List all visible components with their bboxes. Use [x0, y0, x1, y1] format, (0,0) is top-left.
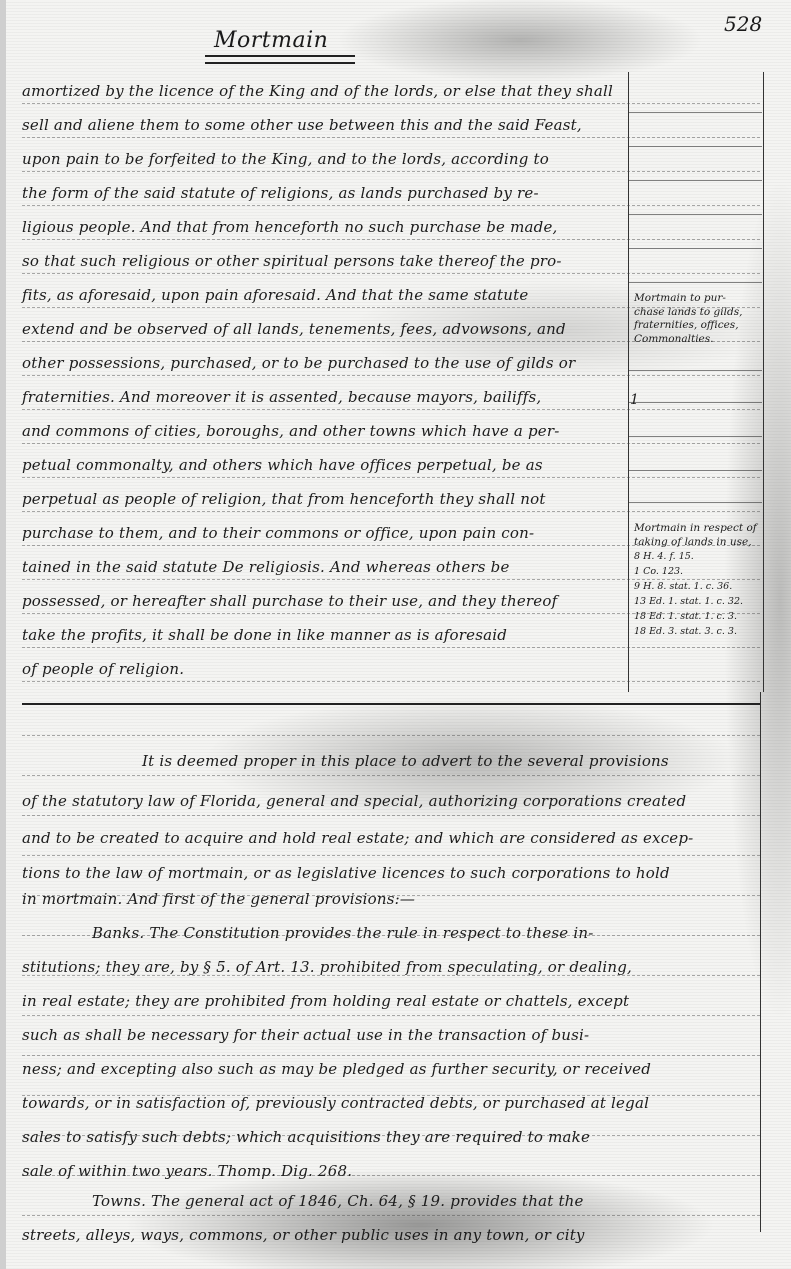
text-line: in real estate; they are prohibited from… [22, 992, 752, 1010]
text-line: so that such religious or other spiritua… [22, 252, 626, 270]
text-line: of people of religion. [22, 660, 626, 678]
ruled-line [22, 815, 760, 816]
scan-edge [0, 0, 6, 1269]
text-line: other possessions, purchased, or to be p… [22, 354, 626, 372]
manuscript-page: 528 Mortmain amortized by the licence of… [0, 0, 791, 1269]
margin-rule [628, 214, 762, 215]
ruled-line [22, 477, 760, 478]
text-line: amortized by the licence of the King and… [22, 82, 626, 100]
ruled-line [22, 775, 760, 776]
text-line: petual commonalty, and others which have… [22, 456, 626, 474]
citation: 8 H. 4. f. 15. [634, 549, 758, 564]
note-line: fraternities, offices, [634, 319, 758, 333]
title-double-underline [205, 55, 355, 64]
text-line: upon pain to be forfeited to the King, a… [22, 150, 626, 168]
margin-tick-mark: 1 [630, 392, 639, 408]
ruled-line [22, 855, 760, 856]
note-line: taking of lands in use, [634, 536, 758, 550]
citation: 13 Ed. 1. stat. 1. c. 32. [634, 594, 758, 609]
text-line: towards, or in satisfaction of, previous… [22, 1094, 752, 1112]
right-border-rule [760, 692, 761, 1232]
ruled-line [22, 1055, 760, 1056]
margin-note-gilds: Mortmain to pur- chase lands to gilds, f… [634, 292, 758, 346]
text-line: such as shall be necessary for their act… [22, 1026, 752, 1044]
text-line: in mortmain. And first of the general pr… [22, 890, 752, 908]
text-line-content: It is deemed proper in this place to adv… [142, 752, 669, 770]
text-line: perpetual as people of religion, that fr… [22, 490, 626, 508]
text-line: Banks. The Constitution provides the rul… [22, 924, 752, 942]
text-line: ligious people. And that from henceforth… [22, 218, 626, 236]
section-divider [22, 703, 760, 705]
margin-rule [628, 146, 762, 147]
ruled-line [22, 273, 760, 274]
text-line: and commons of cities, boroughs, and oth… [22, 422, 626, 440]
margin-rule [628, 470, 762, 471]
margin-rule [628, 436, 762, 437]
note-line: Mortmain in respect of [634, 522, 758, 536]
text-line: ness; and excepting also such as may be … [22, 1060, 752, 1078]
text-line: take the profits, it shall be done in li… [22, 626, 626, 644]
ruled-line [22, 735, 760, 736]
margin-rule [628, 282, 762, 283]
margin-rule [628, 402, 762, 403]
text-line: the form of the said statute of religion… [22, 184, 626, 202]
ruled-line [22, 409, 760, 410]
text-line: sale of within two years. Thomp. Dig. 26… [22, 1162, 752, 1180]
text-line: of the statutory law of Florida, general… [22, 792, 752, 810]
ruled-line [22, 647, 760, 648]
margin-rule [628, 248, 762, 249]
text-line: sell and aliene them to some other use b… [22, 116, 626, 134]
text-line: tions to the law of mortmain, or as legi… [22, 864, 752, 882]
text-line: extend and be observed of all lands, ten… [22, 320, 626, 338]
text-line: streets, alleys, ways, commons, or other… [22, 1226, 752, 1244]
ruled-line [22, 443, 760, 444]
text-line: Towns. The general act of 1846, Ch. 64, … [22, 1192, 752, 1210]
margin-note-uses: Mortmain in respect of taking of lands i… [634, 522, 758, 639]
note-line: Commonalties. [634, 333, 758, 347]
page-title: Mortmain [214, 28, 328, 53]
note-line: Mortmain to pur- [634, 292, 758, 306]
text-line: stitutions; they are, by § 5. of Art. 13… [22, 958, 752, 976]
ruled-line [22, 511, 760, 512]
ruled-line [22, 137, 760, 138]
ruled-line [22, 103, 760, 104]
ruled-line [22, 205, 760, 206]
page-number: 528 [724, 12, 762, 36]
text-line: and to be created to acquire and hold re… [22, 829, 752, 847]
ruled-line [22, 375, 760, 376]
ruled-line [22, 681, 760, 682]
citation: 18 Ed. 1. stat. 1. c. 3. [634, 609, 758, 624]
margin-rule [628, 370, 762, 371]
text-line: fits, as aforesaid, upon pain aforesaid.… [22, 286, 626, 304]
citation: 1 Co. 123. [634, 564, 758, 579]
ruled-line [22, 239, 760, 240]
banks-paragraph-start: Banks. The Constitution provides the rul… [92, 924, 593, 942]
text-line: tained in the said statute De religiosis… [22, 558, 626, 576]
margin-rule [628, 112, 762, 113]
ruled-line [22, 171, 760, 172]
towns-paragraph-start: Towns. The general act of 1846, Ch. 64, … [92, 1192, 584, 1210]
text-line: purchase to them, and to their commons o… [22, 524, 626, 542]
text-line: possessed, or hereafter shall purchase t… [22, 592, 626, 610]
text-line: It is deemed proper in this place to adv… [22, 752, 752, 770]
ruled-line [22, 1015, 760, 1016]
citation: 9 H. 8. stat. 1. c. 36. [634, 579, 758, 594]
margin-rule [628, 502, 762, 503]
text-line: sales to satisfy such debts; which acqui… [22, 1128, 752, 1146]
ruled-line [22, 1215, 760, 1216]
margin-rule [628, 180, 762, 181]
citation: 18 Ed. 3. stat. 3. c. 3. [634, 624, 758, 639]
note-line: chase lands to gilds, [634, 306, 758, 320]
text-line: fraternities. And moreover it is assente… [22, 388, 626, 406]
